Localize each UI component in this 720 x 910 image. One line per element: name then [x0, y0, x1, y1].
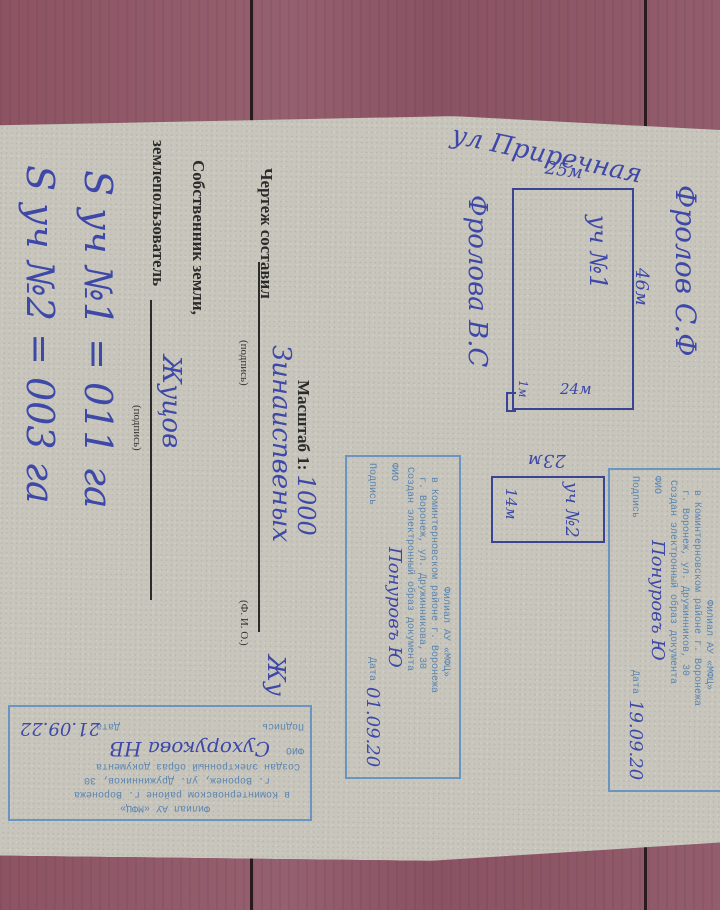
plot-2-side-dim: 14м — [502, 488, 520, 520]
stamp-2-line3: г. Воронеж, ул. Дружинникова, 30 — [416, 477, 427, 669]
scale-label: Масштаб 1: 1000 — [292, 380, 320, 536]
plot-1-label: уч №1 — [584, 215, 612, 289]
stamp-3-fio-label: ФИО — [286, 744, 304, 755]
land-user-label: землепользователь — [148, 140, 168, 286]
drawn-by-line — [258, 262, 260, 632]
stamp-3-line4: Создан электронный образ документа — [96, 760, 300, 771]
stamp-1-date-label: Дата — [629, 670, 640, 694]
stamp-1-fio-value: Понуровъ Ю — [647, 540, 668, 661]
signature-hint: (подпись) — [238, 340, 250, 386]
stamp-2-sign-label: Подпись — [366, 463, 377, 505]
stamp-2-line2: в Коминтерновском районе г. Воронежа — [428, 477, 439, 693]
owner-signature: Жуцов — [156, 355, 186, 448]
stamp-1-line4: Создан электронный образ документа — [667, 480, 678, 684]
neighbor-right: Фролов С.Ф — [669, 185, 702, 356]
stamp-1-line3: г. Воронеж, ул. Дружинников, 30 — [679, 490, 690, 676]
area-plot-2: S уч №2 = 003 га — [18, 165, 62, 503]
stamp-3-date-value: 21.09.22 — [20, 718, 100, 739]
plot-2-label: уч №2 — [561, 482, 582, 538]
scale-value: 1000 — [292, 475, 320, 536]
drawn-by-signature: Зинаиспвеных — [266, 345, 296, 542]
mfc-stamp-3: Филиал АУ «МФЦ» в Коминтерновском районе… — [8, 705, 312, 821]
stamp-3-line2: в Коминтерновском районе г. Воронежа — [74, 788, 290, 799]
fio-hint: (Ф. И. О.) — [238, 600, 250, 646]
mfc-stamp-2: Филиал АУ «МФЦ» в Коминтерновском районе… — [345, 455, 461, 779]
stamp-2-date-label: Дата — [366, 657, 377, 681]
area-plot-1: S уч №1 = 011 га — [76, 170, 120, 508]
plot-2-top-dim: 23м — [528, 450, 566, 471]
stamp-1-fio-label: ФИО — [651, 476, 662, 494]
stamp-3-sign-label: Подпись — [262, 720, 304, 731]
stamp-2-fio-label: ФИО — [388, 463, 399, 481]
plot-1-notch — [506, 392, 516, 412]
stamp-2-line4: Создан электронный образ документа — [404, 467, 415, 671]
plot-1-outline — [512, 188, 634, 410]
scale-label-text: Масштаб 1: — [294, 380, 313, 470]
owner-signature-hint: (подпись) — [131, 405, 143, 451]
mfc-stamp-1: Филиал АУ «МФЦ» в Коминтерновском районе… — [608, 468, 720, 792]
fio-value: Жу — [262, 655, 290, 696]
stamp-3-line1: Филиал АУ «МФЦ» — [120, 802, 210, 813]
plot-1-notch-dim: 1м — [516, 380, 530, 398]
stamp-1-date-value: 19.09.20 — [625, 700, 646, 780]
stamp-1-line2: в Коминтерновском районе г. Воронежа — [691, 490, 702, 706]
stamp-2-date-value: 01.09.20 — [362, 687, 383, 767]
plot-1-bottom-dim: 24м — [560, 380, 592, 398]
plot-1-right-dim: 46м — [631, 268, 652, 306]
stamp-2-line1: Филиал АУ «МФЦ» — [440, 587, 451, 677]
neighbor-left: Фролова В.С — [462, 195, 492, 367]
stamp-3-fio-value: Сухорукова НВ — [109, 737, 270, 761]
stamp-2-fio-value: Понуровъ Ю — [384, 547, 405, 668]
stamp-3-line3: г. Воронеж, ул. Дружинников, 30 — [84, 774, 270, 785]
owner-signature-line — [150, 300, 152, 600]
stamp-1-sign-label: Подпись — [629, 476, 640, 518]
owner-label: Собственник земли, — [188, 160, 208, 315]
stamp-1-line1: Филиал АУ «МФЦ» — [703, 600, 714, 690]
